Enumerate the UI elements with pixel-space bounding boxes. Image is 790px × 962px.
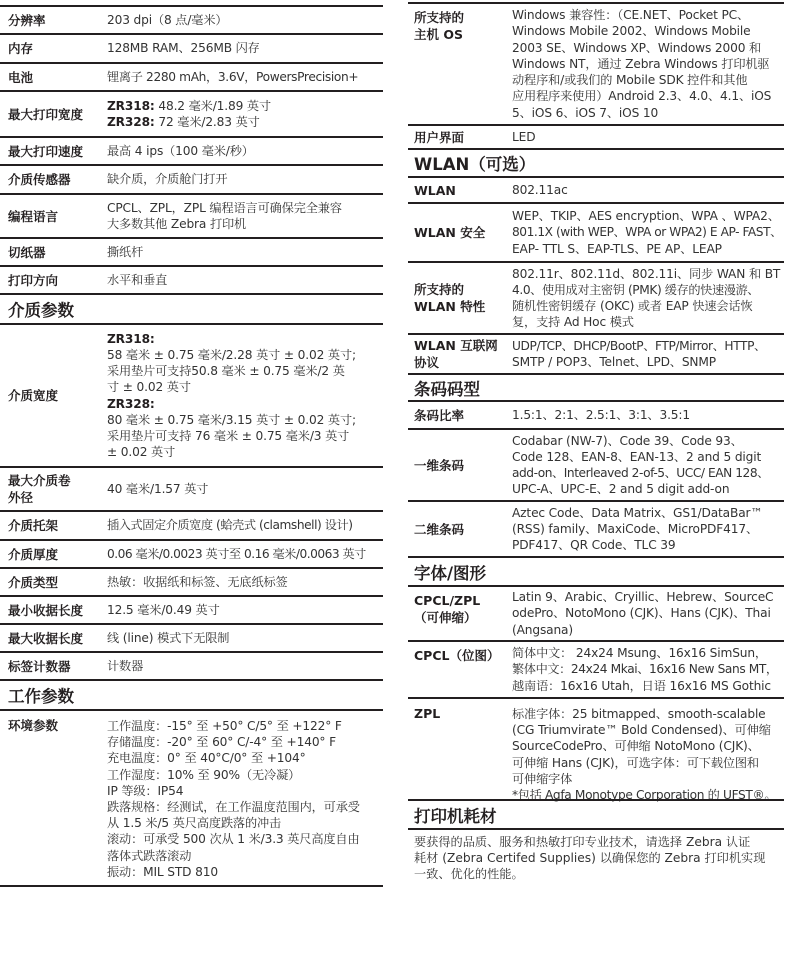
section-heading-operating: 工作参数 <box>0 679 383 709</box>
spec-label: CPCL（位图） <box>414 642 499 697</box>
section-heading-media: 介质参数 <box>0 293 383 323</box>
spec-value: Aztec Code、Data Matrix、GS1/DataBar™ (RSS… <box>512 502 784 556</box>
spec-row-max-roll-diameter: 最大介质卷 外径 40 毫米/1.57 英寸 <box>0 466 383 510</box>
spec-row-environment: 环境参数 工作温度：-15° 至 +50° C/5° 至 +122° F 存储温… <box>0 709 383 885</box>
spec-value: ZR318: 48.2 毫米/1.89 英寸 ZR328: 72 毫米/2.83… <box>107 92 383 136</box>
spec-value: 线 (line) 模式下无限制 <box>107 625 383 651</box>
spec-row-1d-barcodes: 一维条码 Codabar (NW-7)、Code 39、Code 93、 Cod… <box>408 428 784 500</box>
spec-label: 最大收据长度 <box>8 625 83 651</box>
spec-value: 802.11r、802.11d、802.11i、同步 WAN 和 BT 4.0、… <box>512 263 784 333</box>
spec-row-wlan-security: WLAN 安全 WEP、TKIP、AES encryption、WPA 、WPA… <box>408 202 784 261</box>
spec-row-media-width: 介质宽度 ZR318: 58 毫米 ± 0.75 毫米/2.28 英寸 ± 0.… <box>0 323 383 466</box>
spec-label: 用户界面 <box>414 126 464 148</box>
spec-value: 缺介质，介质舱门打开 <box>107 166 383 193</box>
spec-row-max-receipt-length: 最大收据长度 线 (line) 模式下无限制 <box>0 623 383 651</box>
spec-label: 二维条码 <box>414 502 464 556</box>
spec-value: ZR318: 58 毫米 ± 0.75 毫米/2.28 英寸 ± 0.02 英寸… <box>107 325 383 466</box>
spec-label: 切纸器 <box>8 239 46 265</box>
spec-value: 撕纸杆 <box>107 239 383 265</box>
spec-label: 内存 <box>8 35 33 62</box>
spec-value: 锂离子 2280 mAh，3.6V，PowersPrecision+ <box>107 64 383 90</box>
spec-row-bitmap-fonts: CPCL（位图） 简体中文： 24x24 Msung、16x16 SimSun，… <box>408 640 784 697</box>
divider <box>408 828 784 830</box>
spec-row-battery: 电池 锂离子 2280 mAh，3.6V，PowersPrecision+ <box>0 62 383 90</box>
spec-label: WLAN <box>414 178 456 202</box>
spec-label: 最小收据长度 <box>8 597 83 623</box>
spec-row-user-interface: 用户界面 LED <box>408 124 784 148</box>
spec-value: 12.5 毫米/0.49 英寸 <box>107 597 383 623</box>
spec-value: 40 毫米/1.57 英寸 <box>107 468 383 510</box>
spec-row-max-print-width: 最大打印宽度 ZR318: 48.2 毫米/1.89 英寸 ZR328: 72 … <box>0 90 383 136</box>
spec-row-zpl-fonts: ZPL 标准字体：25 bitmapped、smooth-scalable (C… <box>408 697 784 799</box>
spec-label: 编程语言 <box>8 195 58 237</box>
spec-row-min-receipt-length: 最小收据长度 12.5 毫米/0.49 英寸 <box>0 595 383 623</box>
spec-label: 所支持的 主机 OS <box>414 4 464 124</box>
spec-row-max-print-speed: 最大打印速度 最高 4 ips（100 毫米/秒） <box>0 136 383 164</box>
spec-row-barcode-ratio: 条码比率 1.5:1、2:1、2.5:1、3:1、3.5:1 <box>408 400 784 428</box>
spec-value: LED <box>512 126 784 148</box>
spec-label: 分辨率 <box>8 7 46 33</box>
spec-value: 最高 4 ips（100 毫米/秒） <box>107 138 383 164</box>
section-heading-wlan: WLAN（可选） <box>408 148 784 176</box>
spec-row-media-sensor: 介质传感器 缺介质，介质舱门打开 <box>0 164 383 193</box>
spec-label: WLAN 安全 <box>414 204 485 261</box>
section-heading-supplies: 打印机耗材 <box>408 799 784 828</box>
spec-label: 所支持的 WLAN 特性 <box>414 263 485 333</box>
spec-label: ZPL <box>414 699 440 799</box>
spec-value: 203 dpi（8 点/毫米） <box>107 7 383 33</box>
spec-label: 一维条码 <box>414 430 464 500</box>
spec-row-wlan-protocols: WLAN 互联网 协议 UDP/TCP、DHCP/BootP、FTP/Mirro… <box>408 333 784 373</box>
spec-label: 介质传感器 <box>8 166 71 193</box>
section-heading-barcodes: 条码码型 <box>408 373 784 400</box>
spec-value: 802.11ac <box>512 178 784 202</box>
spec-value: Windows 兼容性：（CE.NET、Pocket PC、 Windows M… <box>512 4 784 124</box>
spec-row-wlan: WLAN 802.11ac <box>408 176 784 202</box>
spec-row-wlan-features: 所支持的 WLAN 特性 802.11r、802.11d、802.11i、同步 … <box>408 261 784 333</box>
spec-label: 打印方向 <box>8 267 58 293</box>
section-heading-fonts: 字体/图形 <box>408 556 784 585</box>
spec-label: 标签计数器 <box>8 653 71 679</box>
spec-row-label-counter: 标签计数器 计数器 <box>0 651 383 679</box>
spec-value: 工作温度：-15° 至 +50° C/5° 至 +122° F 存储温度：-20… <box>107 711 383 885</box>
spec-label: WLAN 互联网 协议 <box>414 335 498 373</box>
spec-label: 最大打印宽度 <box>8 92 83 136</box>
spec-row-print-orientation: 打印方向 水平和垂直 <box>0 265 383 293</box>
spec-value: Latin 9、Arabic、Cryillic、Hebrew、SourceC o… <box>512 587 784 640</box>
spec-value: 热敏：收据纸和标签、无底纸标签 <box>107 569 383 595</box>
spec-row-cutter: 切纸器 撕纸杆 <box>0 237 383 265</box>
spec-row-scalable-fonts: CPCL/ZPL （可伸缩） Latin 9、Arabic、Cryillic、H… <box>408 585 784 640</box>
spec-row-resolution: 分辨率 203 dpi（8 点/毫米） <box>0 5 383 33</box>
spec-label: 介质厚度 <box>8 541 58 567</box>
spec-value: 标准字体：25 bitmapped、smooth-scalable (CG Tr… <box>512 699 784 799</box>
spec-label: 最大打印速度 <box>8 138 83 164</box>
spec-label: 环境参数 <box>8 711 58 885</box>
spec-row-media-holder: 介质托架 插入式固定介质宽度 (蛤壳式 (clamshell) 设计) <box>0 510 383 539</box>
spec-row-2d-barcodes: 二维条码 Aztec Code、Data Matrix、GS1/DataBar™… <box>408 500 784 556</box>
spec-label: 电池 <box>8 64 33 90</box>
spec-value: 水平和垂直 <box>107 267 383 293</box>
spec-value: WEP、TKIP、AES encryption、WPA 、WPA2、 801.1… <box>512 204 784 261</box>
spec-label: 介质类型 <box>8 569 58 595</box>
spec-value: 计数器 <box>107 653 383 679</box>
supplies-paragraph: 要获得的品质、服务和热敏打印专业技术，请选择 Zebra 认证 耗材 (Zebr… <box>414 834 784 883</box>
divider <box>0 885 383 887</box>
spec-row-memory: 内存 128MB RAM、256MB 闪存 <box>0 33 383 62</box>
spec-label: 介质宽度 <box>8 325 58 466</box>
spec-value: Codabar (NW-7)、Code 39、Code 93、 Code 128… <box>512 430 784 500</box>
spec-label: CPCL/ZPL （可伸缩） <box>414 587 480 640</box>
spec-row-programming-language: 编程语言 CPCL、ZPL，ZPL 编程语言可确保完全兼容 大多数其他 Zebr… <box>0 193 383 237</box>
spec-value: CPCL、ZPL，ZPL 编程语言可确保完全兼容 大多数其他 Zebra 打印机 <box>107 195 383 237</box>
spec-row-host-os: 所支持的 主机 OS Windows 兼容性：（CE.NET、Pocket PC… <box>408 2 784 124</box>
spec-label: 条码比率 <box>414 402 464 428</box>
spec-value: 插入式固定介质宽度 (蛤壳式 (clamshell) 设计) <box>107 512 383 539</box>
spec-value: 0.06 毫米/0.0023 英寸至 0.16 毫米/0.0063 英寸 <box>107 541 383 567</box>
spec-label: 介质托架 <box>8 512 58 539</box>
spec-value: 简体中文： 24x24 Msung、16x16 SimSun， 繁体中文：24x… <box>512 642 784 697</box>
spec-label: 最大介质卷 外径 <box>8 468 71 510</box>
spec-value: 128MB RAM、256MB 闪存 <box>107 35 383 62</box>
spec-row-media-type: 介质类型 热敏：收据纸和标签、无底纸标签 <box>0 567 383 595</box>
spec-value: UDP/TCP、DHCP/BootP、FTP/Mirror、HTTP、 SMTP… <box>512 335 784 373</box>
spec-value: 1.5:1、2:1、2.5:1、3:1、3.5:1 <box>512 402 784 428</box>
spec-row-media-thickness: 介质厚度 0.06 毫米/0.0023 英寸至 0.16 毫米/0.0063 英… <box>0 539 383 567</box>
